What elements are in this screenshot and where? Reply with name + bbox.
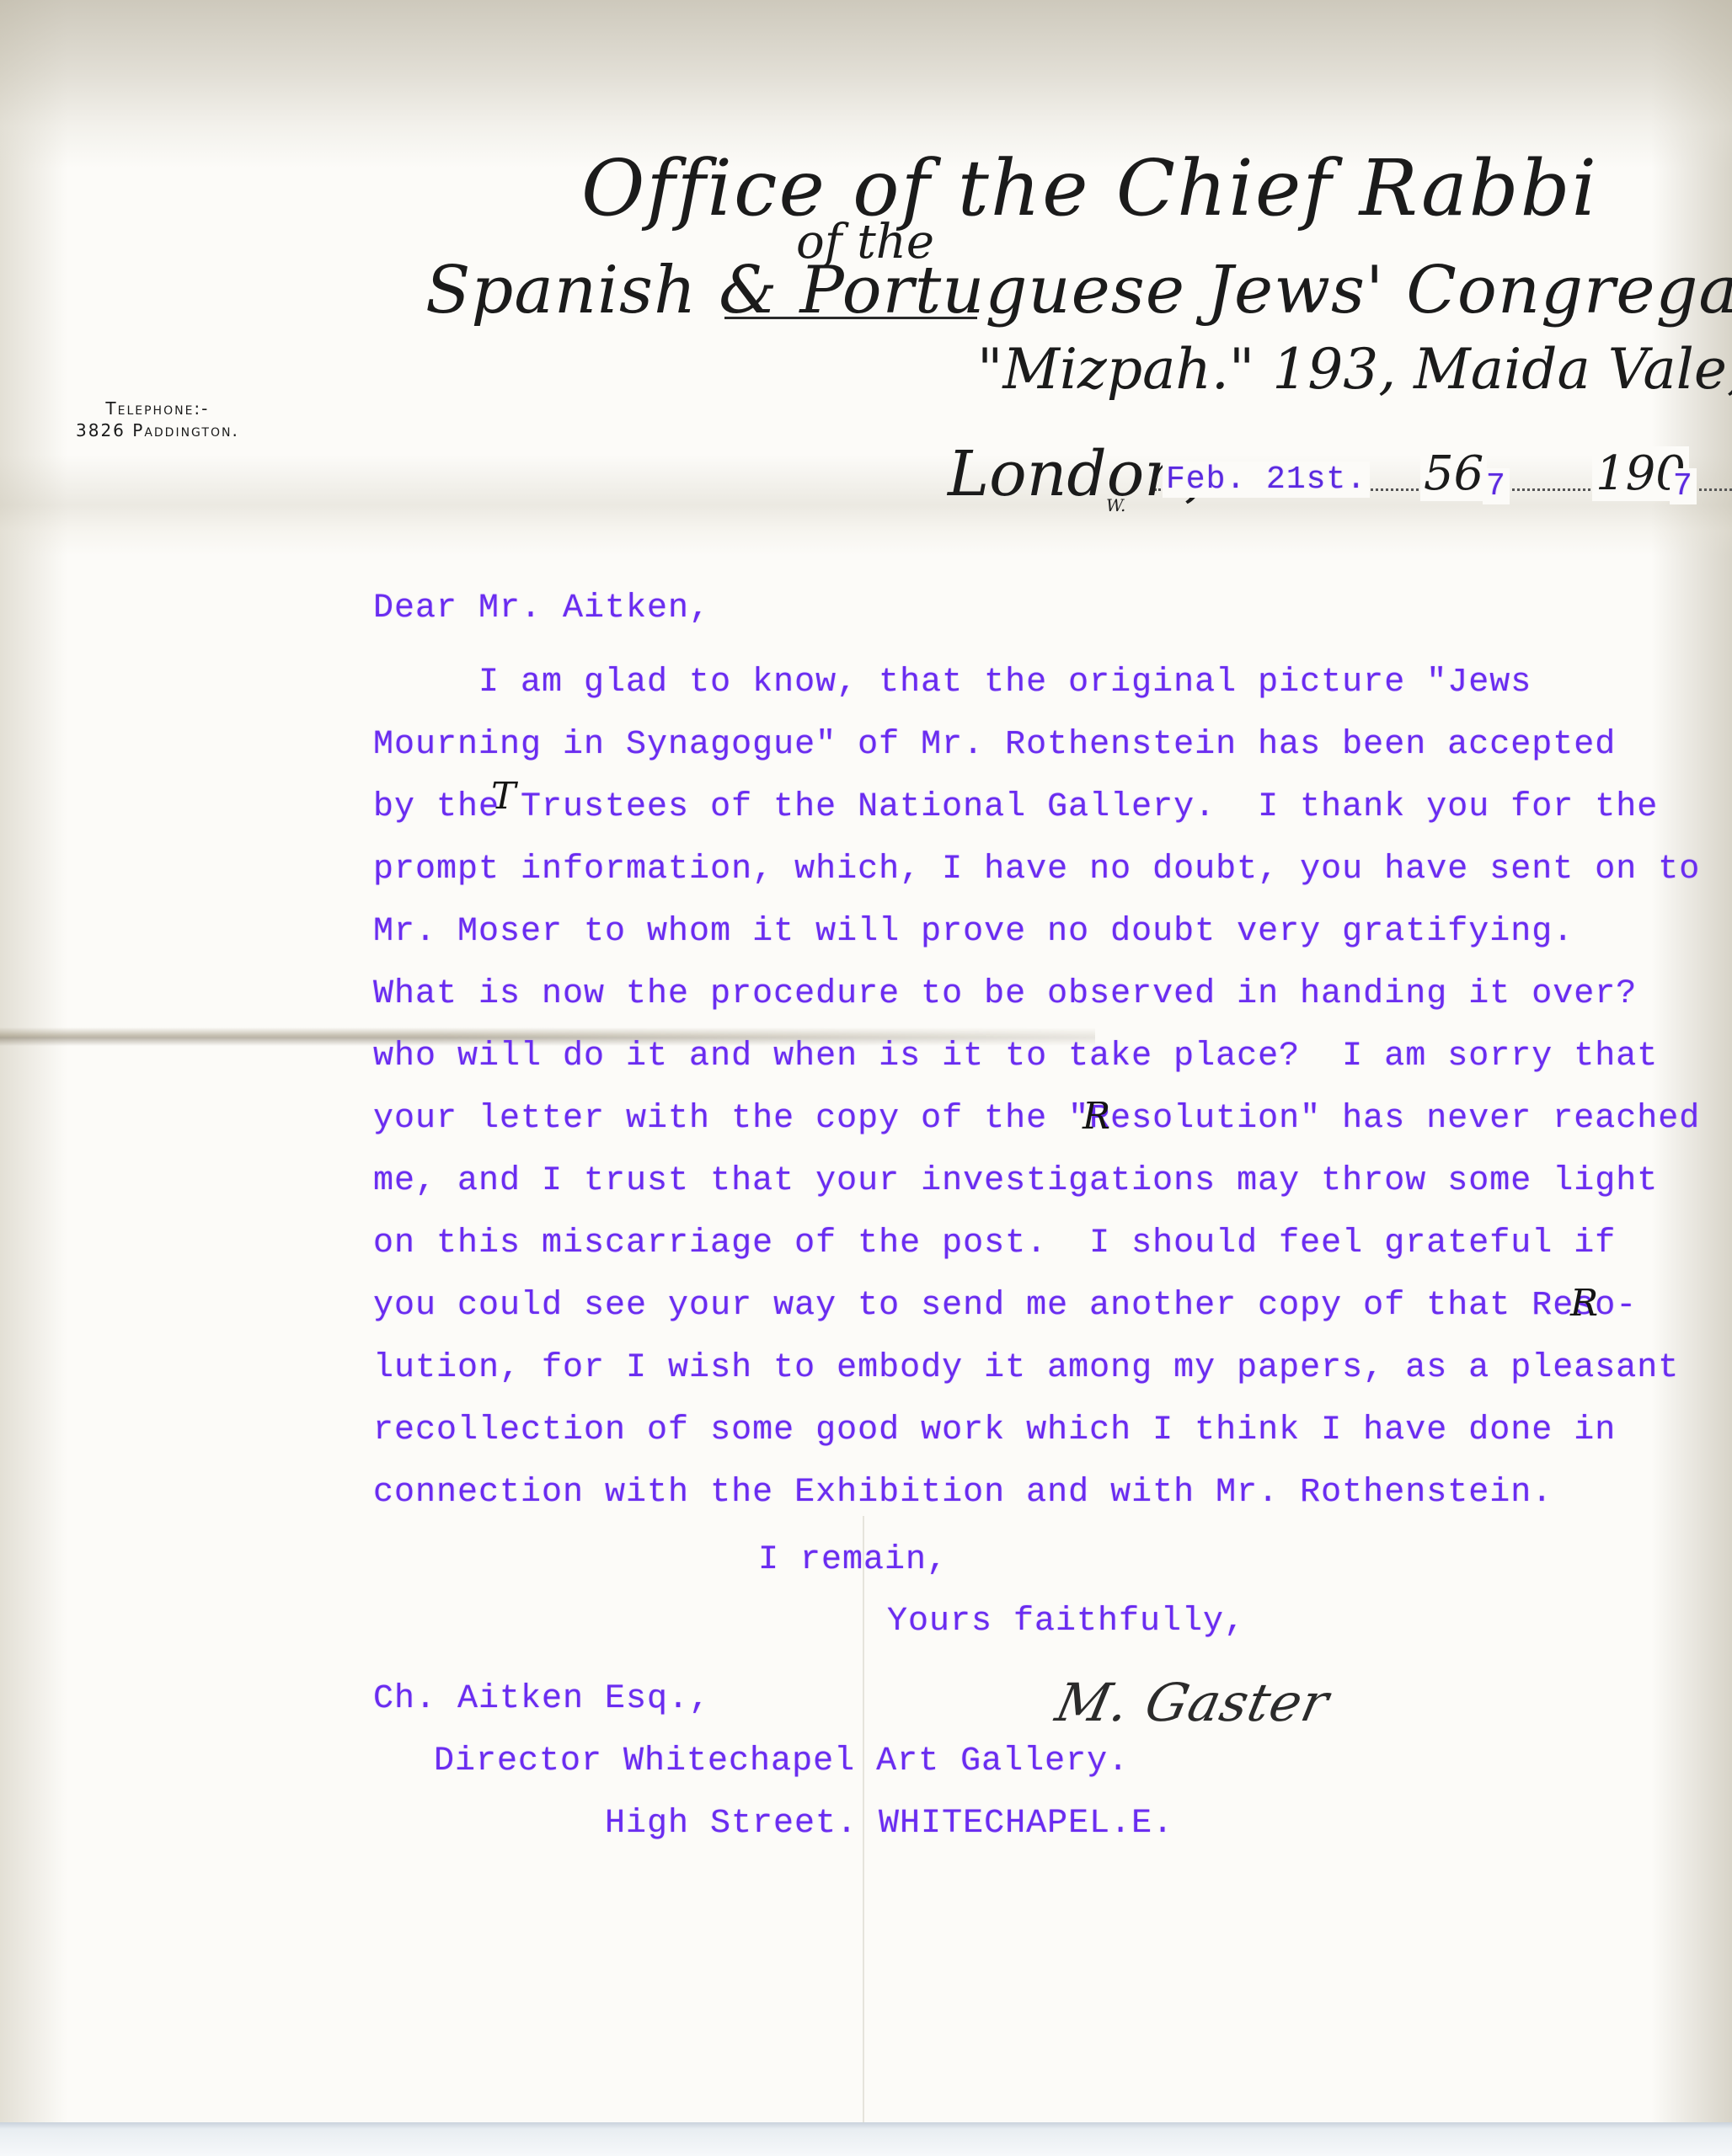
- telephone-label: Telephone:-: [76, 398, 239, 419]
- handwritten-correction-R: R: [1570, 1282, 1598, 1325]
- year-suffix: 7: [1670, 468, 1697, 504]
- body-line: Mourning in Synagogue" of Mr. Rothenstei…: [373, 726, 1616, 764]
- recipient-name: Ch. Aitken Esq.,: [373, 1680, 710, 1718]
- body-line: by the Trustees of the National Gallery.…: [373, 788, 1658, 826]
- letterhead-address: "Mizpah." 193, Maida Vale,: [977, 337, 1732, 402]
- letterhead-congregation-name: Spanish & Portuguese Jews' Congregations…: [425, 253, 1732, 328]
- body-line: your letter with the copy of the "Resolu…: [373, 1100, 1700, 1138]
- postal-district: W.: [1106, 495, 1125, 515]
- body-line: Mr. Moser to whom it will prove no doubt…: [373, 913, 1574, 951]
- telephone-number: 3826 Paddington.: [76, 419, 239, 441]
- body-line: on this miscarriage of the post. I shoul…: [373, 1225, 1616, 1262]
- body-line: recollection of some good work which I t…: [373, 1412, 1616, 1449]
- body-line: prompt information, which, I have no dou…: [373, 851, 1700, 889]
- body-line: lution, for I wish to embody it among my…: [373, 1349, 1679, 1387]
- body-line: connection with the Exhibition and with …: [373, 1474, 1553, 1512]
- recipient-address: High Street. WHITECHAPEL.E.: [605, 1805, 1173, 1843]
- hebrew-year-prefix: 56: [1420, 446, 1487, 501]
- handwritten-signature: M. Gaster: [1050, 1672, 1334, 1733]
- telephone-block: Telephone:- 3826 Paddington.: [76, 398, 239, 441]
- scan-bottom-edge: [0, 2122, 1732, 2156]
- recipient-title: Director Whitechapel Art Gallery.: [434, 1742, 1129, 1780]
- handwritten-correction-T: T: [491, 775, 516, 818]
- body-line: you could see your way to send me anothe…: [373, 1287, 1637, 1325]
- hebrew-year-suffix: 7: [1483, 468, 1510, 504]
- body-line: I am glad to know, that the original pic…: [373, 664, 1532, 702]
- body-line: who will do it and when is it to take pl…: [373, 1038, 1658, 1075]
- body-line: me, and I trust that your investigations…: [373, 1162, 1658, 1200]
- letterhead-underline: [724, 317, 977, 319]
- letterhead-office-title: Office of the Chief Rabbi: [581, 143, 1598, 233]
- closing-i-remain: I remain,: [758, 1541, 948, 1579]
- handwritten-correction-R: R: [1082, 1095, 1110, 1138]
- body-line: What is now the procedure to be observed…: [373, 975, 1637, 1013]
- closing-yours-faithfully: Yours faithfully,: [887, 1603, 1245, 1641]
- salutation: Dear Mr. Aitken,: [373, 590, 710, 627]
- typed-date: Feb. 21st.: [1163, 462, 1370, 498]
